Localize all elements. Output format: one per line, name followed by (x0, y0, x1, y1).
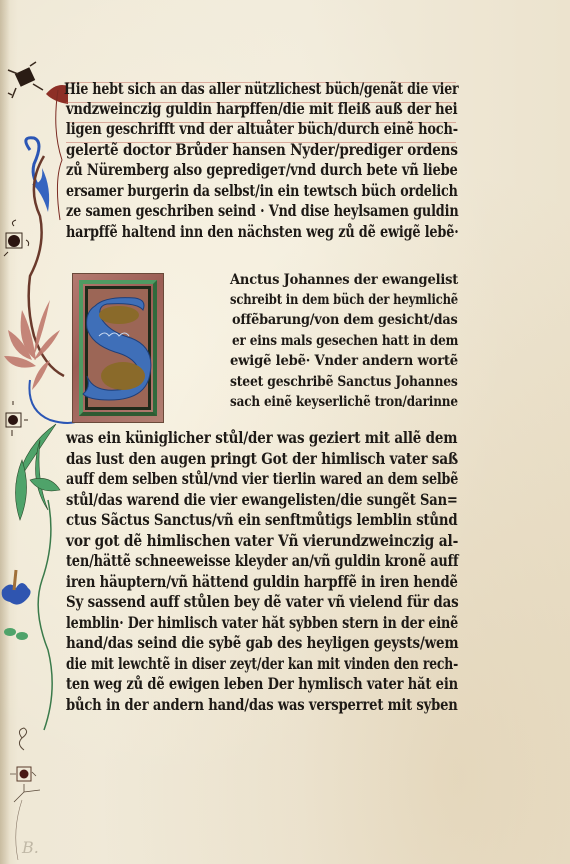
margin-mark-icon (6, 401, 28, 436)
text-line: harpffẽ haltend inn den nächsten weg zů … (66, 222, 459, 242)
text-line: iren häuptern/vñ hättend guldin harpffẽ … (66, 572, 458, 592)
text-line: stůl/das warend die vier ewangelisten/di… (66, 490, 458, 510)
margin-annotation: B. (22, 838, 39, 857)
illuminated-initial-s: S (72, 273, 164, 423)
text-line: das lust den augen pringt Got der himlis… (66, 449, 458, 469)
text-line: ten weg zů dẽ ewigen leben Der hymlisch … (66, 674, 458, 694)
text-line: ten/hättẽ schneeweisse kleyder an/vñ gul… (66, 551, 458, 571)
text-line: ctus Sãctus Sanctus/vñ ein senftmůtigs l… (66, 510, 457, 530)
text-line: ersamer burgerin da selbst/in ein tewtsc… (66, 181, 458, 201)
text-line: er eins mals gesechen hatt in dem (232, 331, 458, 351)
text-line: ligen geschrifft vnd der altuåter büch/d… (66, 119, 458, 139)
text-line: Anctus Johannes der ewangelist (230, 270, 458, 290)
text-line: auff dem selben stůl/vnd vier tierlin wa… (66, 469, 458, 489)
text-line: ewigẽ lebẽ· Vnder andern wortẽ (230, 351, 458, 371)
text-line: hand/das seind die sybẽ gab des heyligen… (66, 633, 458, 653)
text-line: bůch in der andern hand/das was versperr… (66, 695, 458, 715)
text-line: sach einẽ keyserlichẽ tron/darinne (230, 392, 458, 412)
text-line: die mit lewchtẽ in diser zeyt/der kan mi… (66, 654, 458, 674)
text-line: was ein küniglicher stůl/der was geziert… (66, 428, 457, 448)
text-line: ze samen geschriben seind · Vnd dise hey… (66, 201, 459, 221)
text-line: vor got dẽ himlischen vater Vñ vierundzw… (66, 531, 458, 551)
text-line: steet geschribẽ Sanctus Johannes (230, 372, 458, 392)
manuscript-page: S Hie hebt sich an das aller nützlichest… (0, 0, 570, 864)
text-line: gelertẽ doctor Brůder hansen Nyder/predi… (66, 140, 458, 160)
text-line: Hie hebt sich an das aller nützlichest b… (64, 79, 459, 99)
text-line: offẽbarung/von dem gesicht/das (232, 310, 458, 330)
text-line: lemblin· Der himlisch vater hăt sybben s… (66, 613, 458, 633)
text-line: Sy sassend auff stůlen bey dẽ vater vñ v… (66, 592, 459, 612)
initial-s-letter-icon (81, 288, 159, 412)
margin-mark-icon (4, 220, 29, 256)
blue-flower-icon (2, 570, 31, 605)
text-line: vndzweinczig guldin harpffen/die mit fle… (66, 99, 457, 119)
text-line: zů Nüremberg also gepredigeт/vnd durch b… (66, 160, 458, 180)
margin-mark-icon (8, 62, 68, 104)
text-line: schreibt in dem büch der heymlichẽ (230, 290, 458, 310)
